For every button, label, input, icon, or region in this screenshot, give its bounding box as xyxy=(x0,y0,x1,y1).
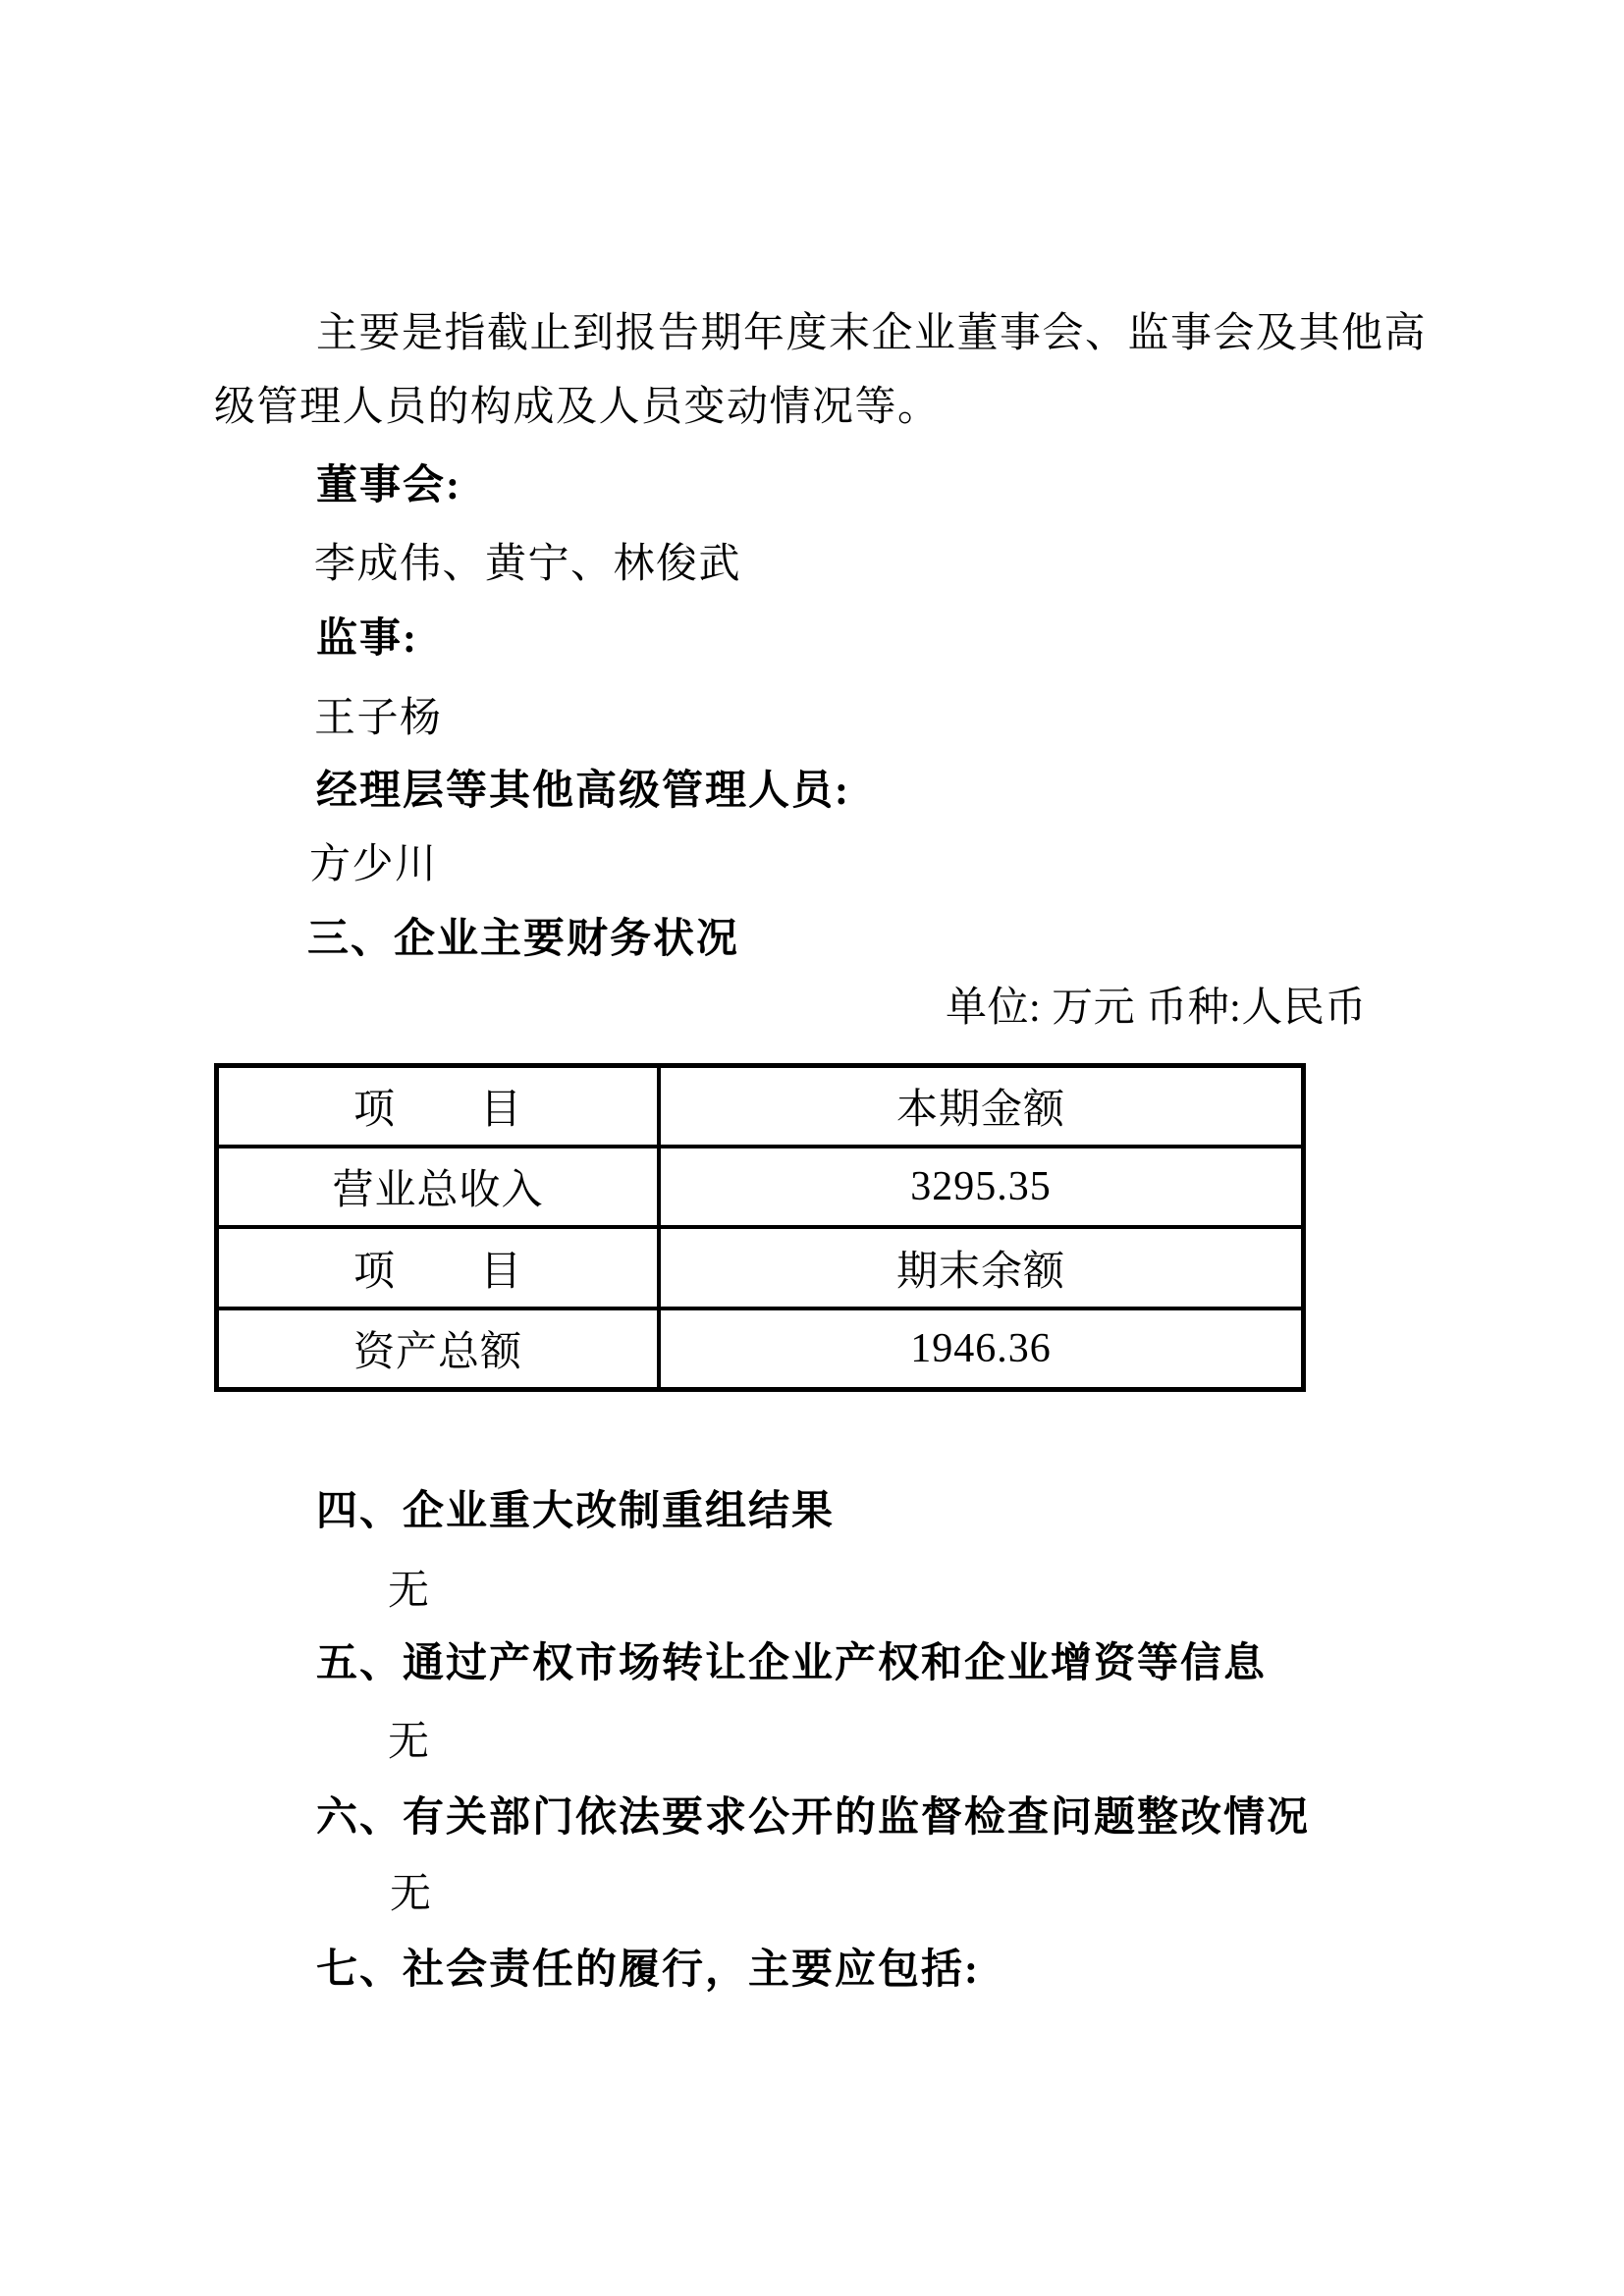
table-row: 项 目 期末余额 xyxy=(217,1227,1304,1308)
table-cell-total-revenue-value: 3295.35 xyxy=(659,1147,1304,1227)
document-page: 主要是指截止到报告期年度末企业董事会、监事会及其他高 级管理人员的构成及人员变动… xyxy=(0,0,1624,2296)
senior-management-label: 经理层等其他高级管理人员: xyxy=(316,768,850,815)
board-members: 李成伟、黄宁、林俊武 xyxy=(314,541,741,588)
section-3-heading: 三、企业主要财务状况 xyxy=(307,916,739,963)
board-of-directors-label: 董事会: xyxy=(316,462,461,509)
table-cell-ending-balance-header: 期末余额 xyxy=(659,1227,1304,1308)
unit-currency-note: 单位: 万元 币种:人民币 xyxy=(946,985,1367,1032)
supervisor-name: 王子杨 xyxy=(314,695,443,742)
section-4-heading: 四、企业重大改制重组结果 xyxy=(316,1488,835,1535)
table-row: 资产总额 1946.36 xyxy=(217,1308,1304,1390)
paragraph-line-2: 级管理人员的构成及人员变动情况等。 xyxy=(214,384,941,431)
table-cell-total-assets-value: 1946.36 xyxy=(659,1308,1304,1390)
senior-management-name: 方少川 xyxy=(309,841,438,888)
table-cell-total-assets-label: 资产总额 xyxy=(217,1308,660,1390)
section-6-none: 无 xyxy=(390,1871,433,1918)
paragraph-line-1: 主要是指截止到报告期年度末企业董事会、监事会及其他高 xyxy=(316,310,1427,357)
table-row: 营业总收入 3295.35 xyxy=(217,1147,1304,1227)
supervisors-label: 监事: xyxy=(316,615,418,663)
section-5-heading: 五、通过产权市场转让企业产权和企业增资等信息 xyxy=(316,1640,1267,1687)
section-6-heading: 六、有关部门依法要求公开的监督检查问题整改情况 xyxy=(316,1794,1310,1842)
table-cell-item-header-2: 项 目 xyxy=(217,1227,660,1308)
table-cell-total-revenue-label: 营业总收入 xyxy=(217,1147,660,1227)
table-cell-item-header-1: 项 目 xyxy=(217,1066,660,1148)
section-4-none: 无 xyxy=(388,1568,431,1615)
section-7-heading: 七、社会责任的履行，主要应包括: xyxy=(316,1947,980,1994)
table-cell-current-amount-header: 本期金额 xyxy=(659,1066,1304,1148)
table-row: 项 目 本期金额 xyxy=(217,1066,1304,1148)
finance-table: 项 目 本期金额 营业总收入 3295.35 项 目 期末余额 资产总额 194… xyxy=(214,1063,1306,1392)
section-5-none: 无 xyxy=(388,1719,431,1766)
